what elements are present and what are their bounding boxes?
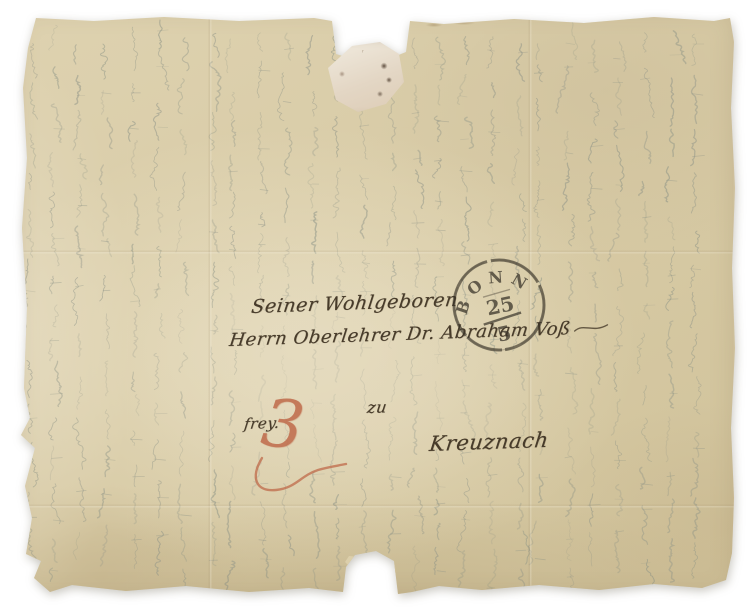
scanned-letter: Seiner Wohlgeboren Herrn Oberlehrer Dr. … bbox=[0, 0, 750, 610]
postmark-month: 5 bbox=[495, 320, 514, 346]
pen-flourish-icon bbox=[572, 319, 610, 336]
postmark: BONN 25 5 bbox=[438, 244, 560, 366]
address-preposition: zu bbox=[366, 397, 388, 417]
fold-crease-vertical-left bbox=[208, 8, 212, 598]
address-town: Kreuznach bbox=[428, 428, 550, 456]
paper-wrap: Seiner Wohlgeboren Herrn Oberlehrer Dr. … bbox=[14, 8, 736, 598]
edge-stain bbox=[416, 18, 486, 32]
rate-mark-flourish-icon bbox=[248, 440, 368, 498]
fold-crease-horizontal-lower bbox=[14, 504, 736, 508]
fold-crease-horizontal-upper bbox=[14, 250, 736, 254]
